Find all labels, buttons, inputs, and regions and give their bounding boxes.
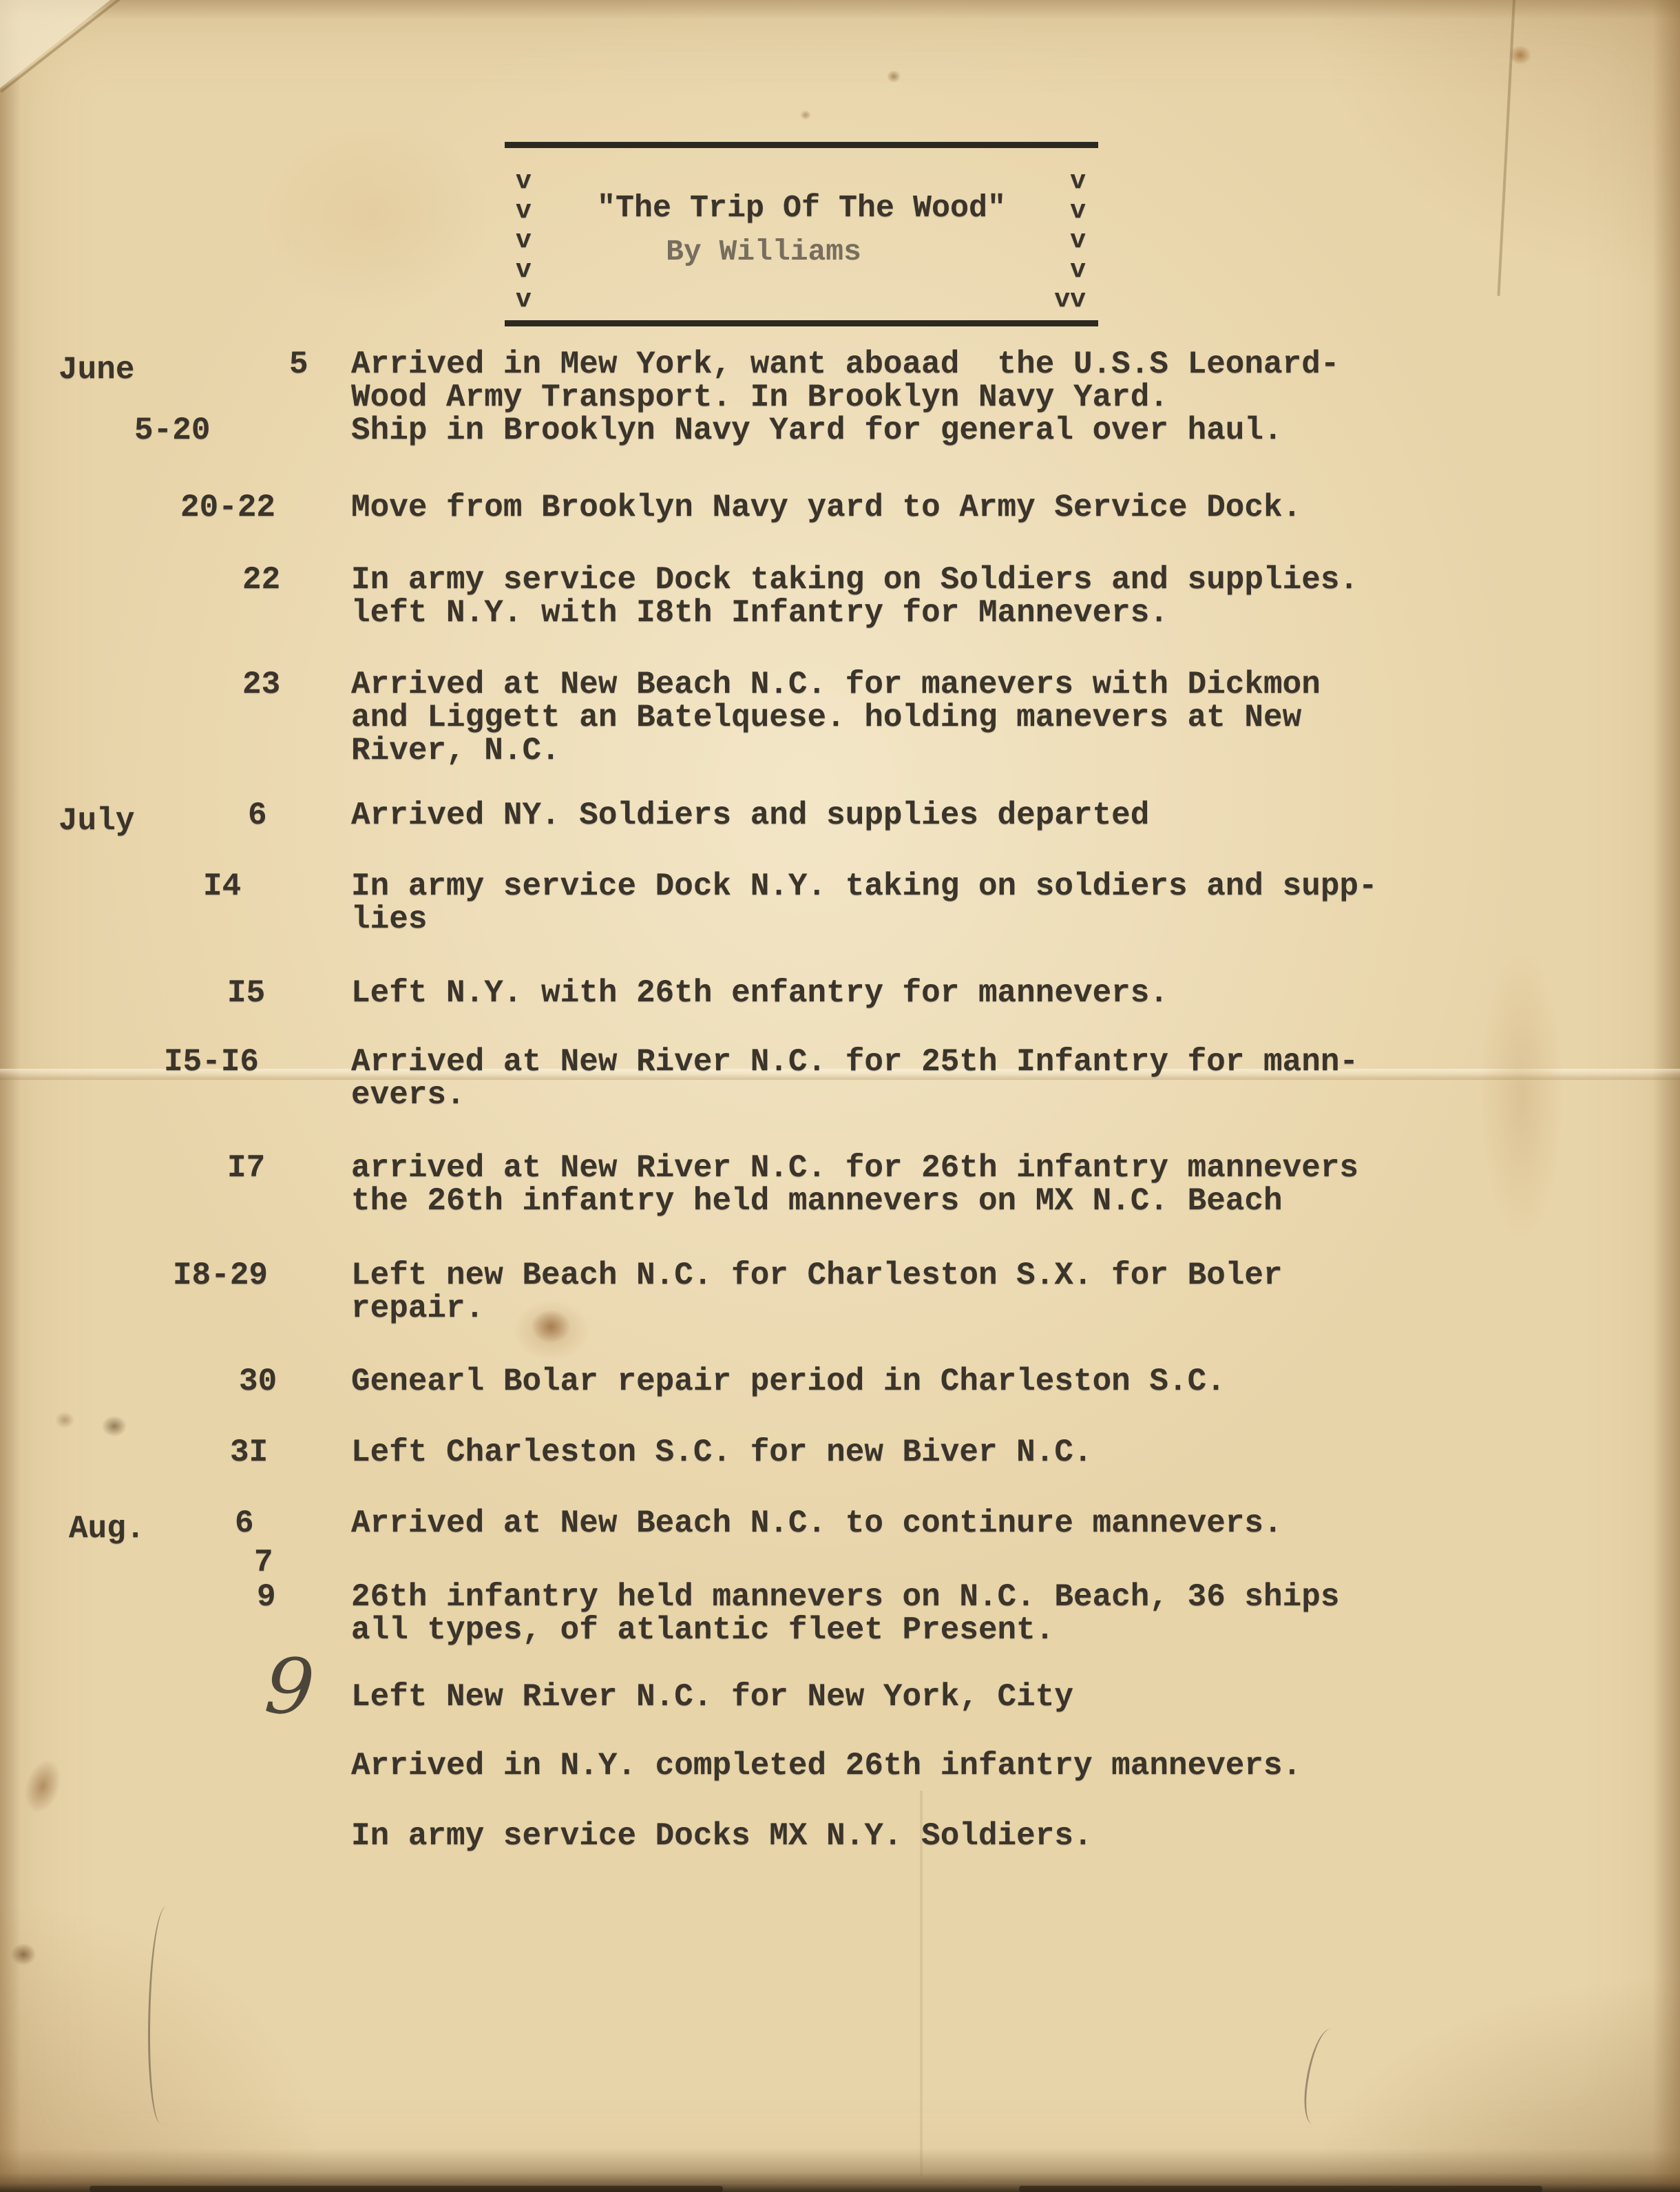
corner-fold	[0, 0, 110, 88]
v-char: vv	[1054, 287, 1086, 313]
entry-line: evers.	[351, 1078, 1680, 1111]
day-label: 7	[254, 1546, 273, 1579]
v-char: v	[516, 287, 532, 313]
document-title: "The Trip Of The Wood"	[505, 191, 1098, 226]
entry: I7 arrived at New River N.C. for 26th in…	[0, 1151, 1680, 1218]
stain	[262, 124, 489, 310]
entry-line: Arrived in Mew York, want aboaad the U.S…	[351, 348, 1680, 381]
stain	[11, 1943, 36, 1965]
day-label: 5	[289, 348, 308, 381]
v-char: v	[1054, 228, 1086, 254]
entry: I4 In army service Dock N.Y. taking on s…	[0, 870, 1680, 936]
entry-line: In army service Dock N.Y. taking on sold…	[351, 870, 1680, 903]
entry-line: Left New River N.C. for New York, City	[351, 1680, 1680, 1713]
entry: 30 Genearl Bolar repair period in Charle…	[0, 1365, 1680, 1398]
day-label: 3I	[230, 1436, 268, 1469]
entry-line: Left N.Y. with 26th enfantry for manneve…	[351, 977, 1680, 1010]
entry-line: In army service Dock taking on Soldiers …	[351, 563, 1680, 596]
bottom-edge-shadow	[1019, 2186, 1542, 2192]
entry-line: lies	[351, 903, 1680, 936]
entry: In army service Docks MX N.Y. Soldiers.	[0, 1819, 1680, 1852]
month-label: June	[59, 353, 134, 386]
entry: Arrived in N.Y. completed 26th infantry …	[0, 1749, 1680, 1782]
day-label: 30	[239, 1365, 277, 1398]
entry-line: and Liggett an Batelquese. holding manev…	[351, 701, 1680, 734]
entry-line: Arrived at New River N.C. for 25th Infan…	[351, 1045, 1680, 1078]
entry-line: Arrived at New Beach N.C. for manevers w…	[351, 668, 1680, 701]
pencil-mark-left	[148, 1906, 179, 2123]
entry-line: River, N.C.	[351, 734, 1680, 767]
day-label: 9	[257, 1580, 276, 1614]
entry: 3I Left Charleston S.C. for new Biver N.…	[0, 1436, 1680, 1469]
entry-line: Arrived at New Beach N.C. to continure m…	[351, 1507, 1680, 1540]
entry: I8-29 Left new Beach N.C. for Charleston…	[0, 1259, 1680, 1325]
entry-line: 26th infantry held mannevers on N.C. Bea…	[351, 1580, 1680, 1614]
stain	[800, 110, 811, 120]
entry-line: Arrived in N.Y. completed 26th infantry …	[351, 1749, 1680, 1782]
vertical-crease-right	[1497, 0, 1515, 296]
entry-line: Wood Army Transport. In Brooklyn Navy Ya…	[351, 381, 1680, 414]
day-label: I7	[227, 1151, 265, 1184]
v-char: v	[1054, 258, 1086, 284]
entry: I5-I6 Arrived at New River N.C. for 25th…	[0, 1045, 1680, 1111]
entry: I5 Left N.Y. with 26th enfantry for mann…	[0, 977, 1680, 1010]
month-label: Aug.	[69, 1512, 145, 1545]
entry-line: all types, of atlantic fleet Present.	[351, 1614, 1680, 1647]
stain	[887, 70, 901, 83]
stain	[55, 1412, 74, 1428]
entry: 9 Left New River N.C. for New York, City	[0, 1680, 1680, 1713]
entry-line: Genearl Bolar repair period in Charlesto…	[351, 1365, 1680, 1398]
entry-line: arrived at New River N.C. for 26th infan…	[351, 1151, 1680, 1184]
day-label: I5	[227, 977, 265, 1010]
scanned-document-page: v v v v v v v v v vv "The Trip Of The Wo…	[0, 0, 1680, 2192]
day-label: I8-29	[173, 1259, 268, 1292]
entry: 22 In army service Dock taking on Soldie…	[0, 563, 1680, 629]
day-label: 22	[242, 563, 280, 596]
day-label: 6	[248, 799, 267, 832]
document-byline: By Williams	[505, 235, 1022, 269]
day-label: 20-22	[180, 491, 275, 524]
entry: Aug. 6 Arrived at New Beach N.C. to cont…	[0, 1507, 1680, 1540]
entry-line: Ship in Brooklyn Navy Yard for general o…	[351, 414, 1680, 447]
entry-line: Left Charleston S.C. for new Biver N.C.	[351, 1436, 1680, 1469]
day-label: 5-20	[134, 414, 210, 447]
day-label: I4	[203, 870, 241, 903]
entry: July 6 Arrived NY. Soldiers and supplies…	[0, 799, 1680, 832]
bottom-edge-shadow	[90, 2186, 723, 2192]
entry: 20-22 Move from Brooklyn Navy yard to Ar…	[0, 491, 1680, 524]
day-label: 23	[242, 668, 280, 701]
entry-line: the 26th infantry held mannevers on MX N…	[351, 1184, 1680, 1218]
title-box: v v v v v v v v v vv "The Trip Of The Wo…	[505, 142, 1098, 326]
entry: 9 26th infantry held mannevers on N.C. B…	[0, 1580, 1680, 1647]
entry-line: repair.	[351, 1292, 1680, 1325]
entry-line: In army service Docks MX N.Y. Soldiers.	[351, 1819, 1680, 1852]
entry: 23 Arrived at New Beach N.C. for manever…	[0, 668, 1680, 767]
day-label: I5-I6	[164, 1045, 259, 1078]
pencil-mark-right	[1300, 2027, 1343, 2127]
entry: June 5 Arrived in Mew York, want aboaad …	[0, 348, 1680, 414]
day-label: 6	[235, 1507, 254, 1540]
entry-line: Move from Brooklyn Navy yard to Army Ser…	[351, 491, 1680, 524]
entry-line: left N.Y. with I8th Infantry for Manneve…	[351, 596, 1680, 629]
month-label: July	[59, 804, 134, 837]
stain	[102, 1416, 127, 1437]
entry-line: Arrived NY. Soldiers and supplies depart…	[351, 799, 1680, 832]
entry-line: Left new Beach N.C. for Charleston S.X. …	[351, 1259, 1680, 1292]
entry: 5-20 Ship in Brooklyn Navy Yard for gene…	[0, 414, 1680, 447]
handwritten-day-label: 9	[262, 1647, 317, 1728]
